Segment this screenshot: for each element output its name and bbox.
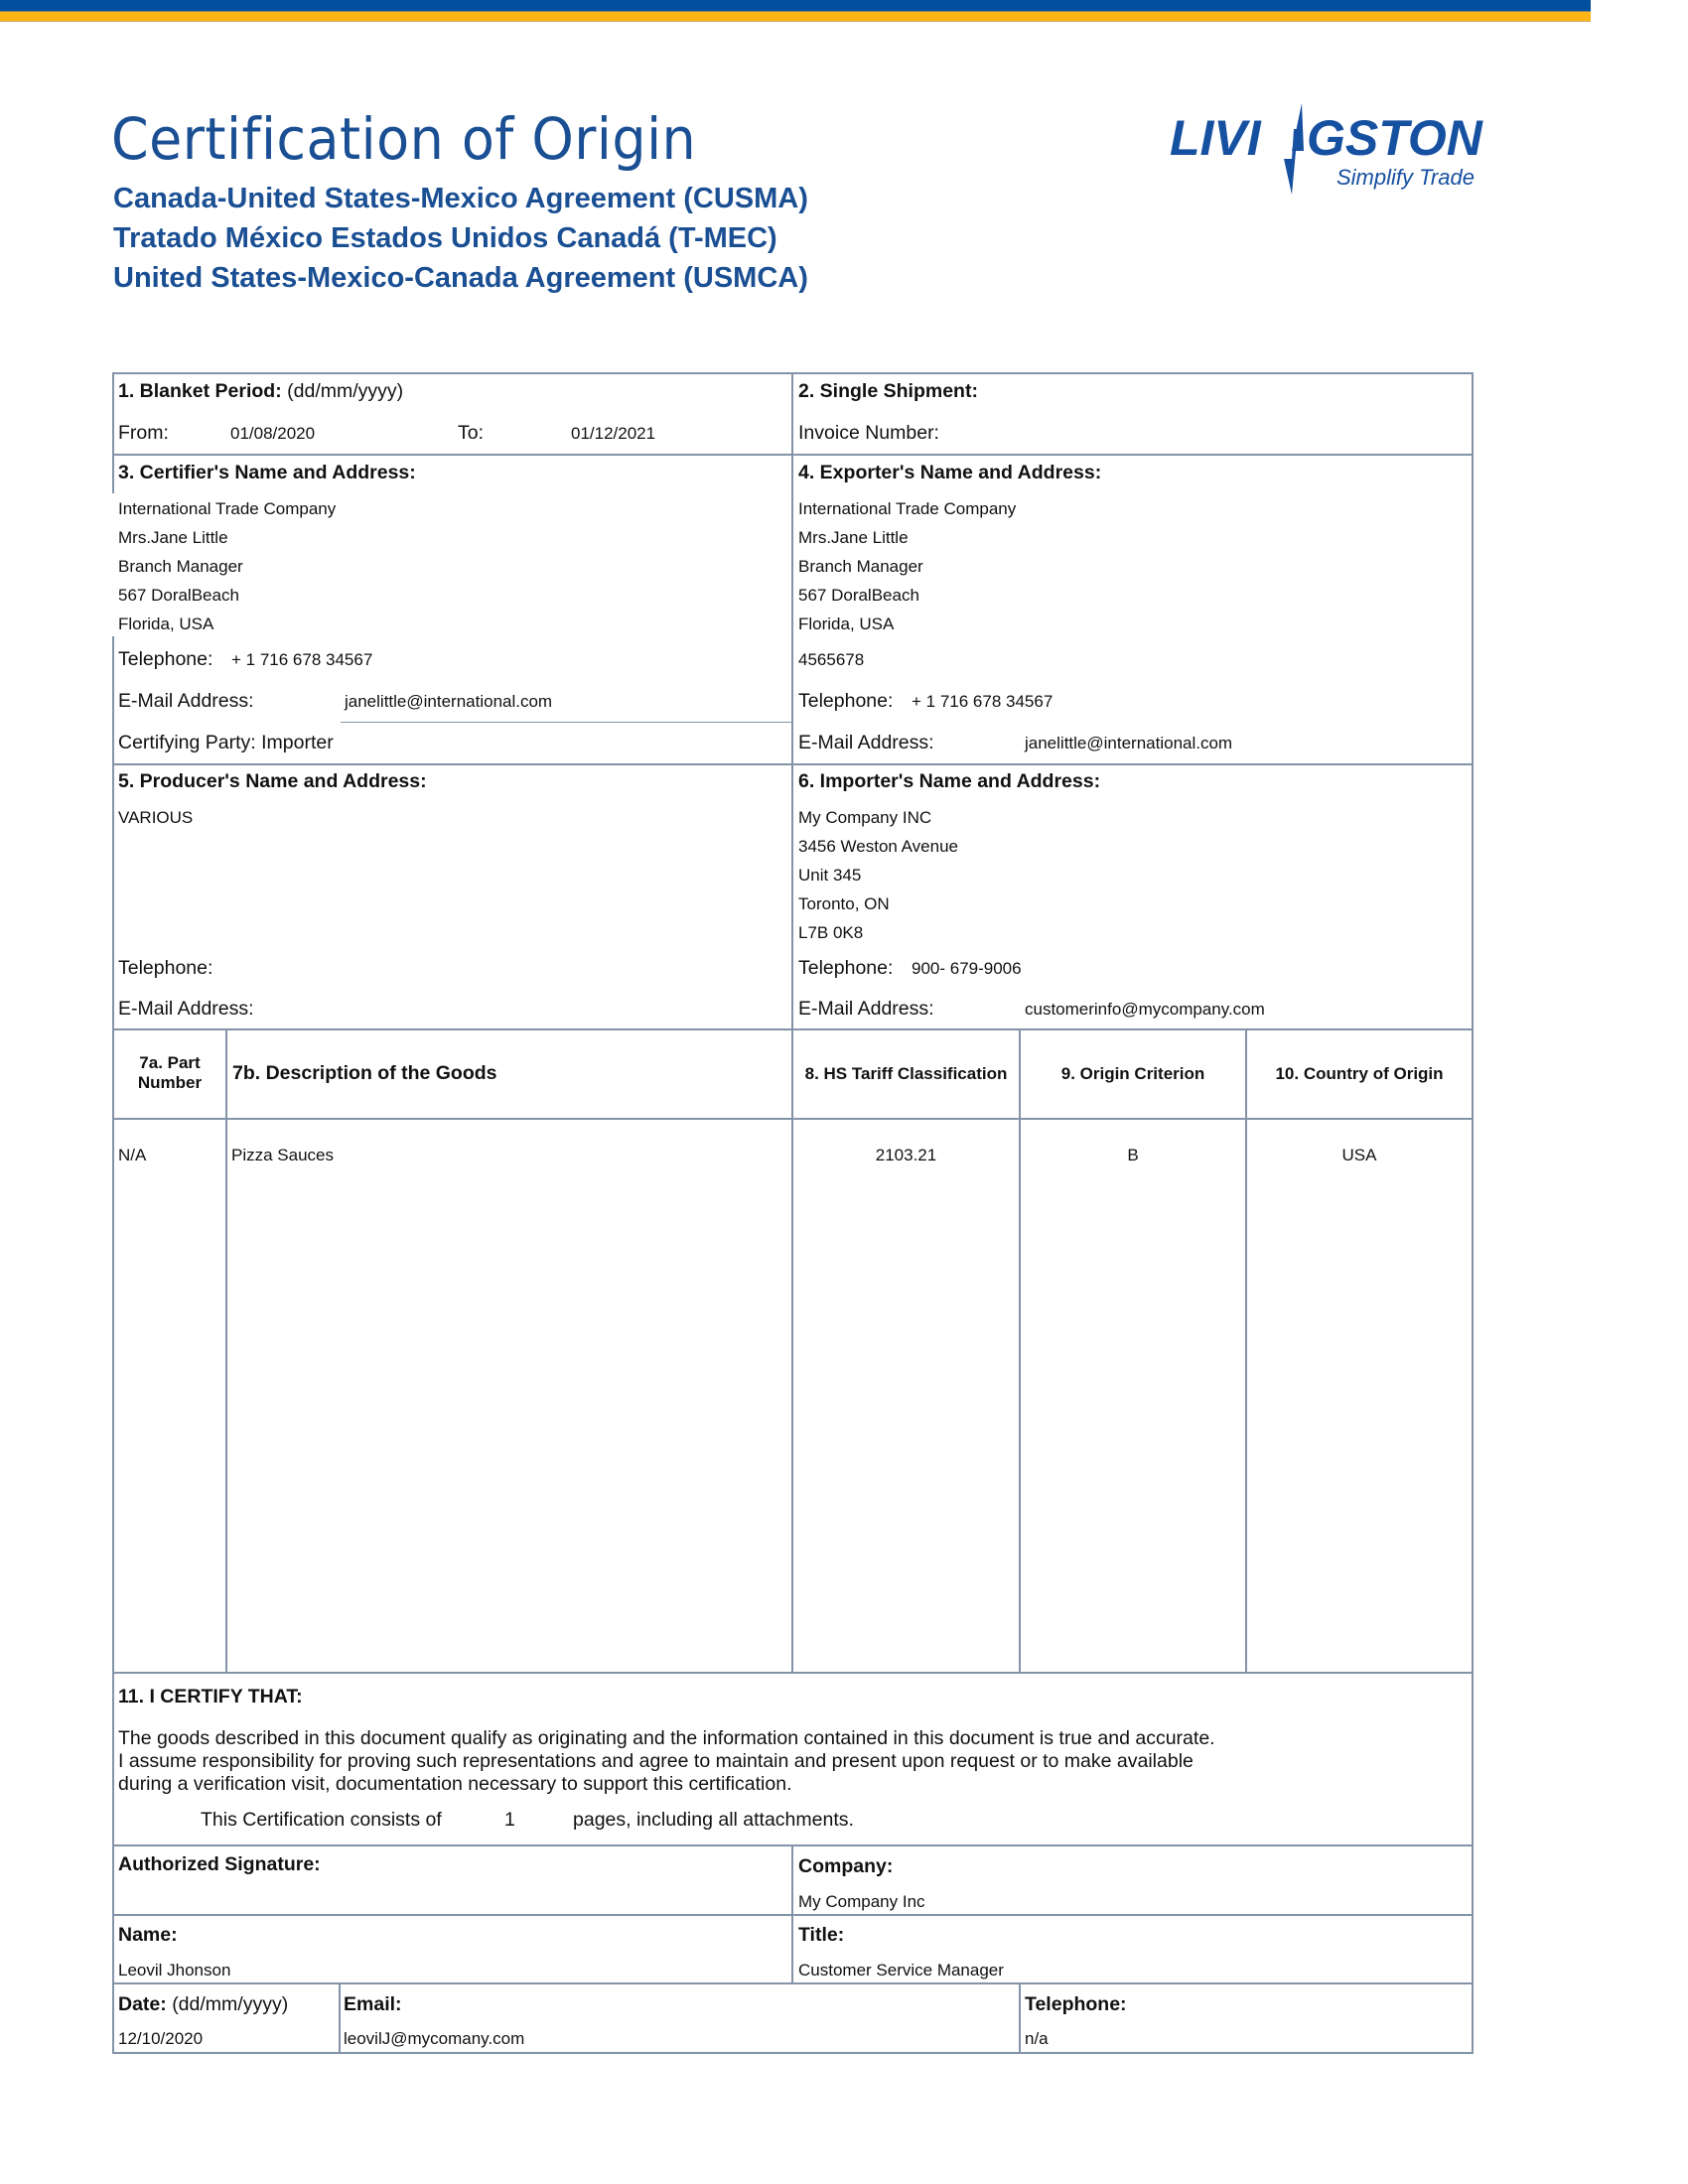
col-header-part-line1: 7a. Part	[114, 1053, 225, 1073]
producer-telephone-label: Telephone:	[118, 957, 212, 980]
column-divider	[225, 1028, 227, 1674]
date-label-title: Date:	[118, 1993, 167, 2015]
col-header-hs-tariff: 8. HS Tariff Classification	[793, 1064, 1019, 1084]
table-border-bottom	[112, 2052, 1474, 2054]
subtitle-cusma: Canada-United States-Mexico Agreement (C…	[113, 183, 808, 215]
date-format: (dd/mm/yyyy)	[172, 1993, 288, 2015]
date-label: Date: (dd/mm/yyyy)	[118, 1993, 288, 2016]
logo-wordmark-left: LIVI	[1170, 109, 1261, 167]
company-field[interactable]: My Company Inc	[798, 1892, 925, 1912]
logo-tagline: Simplify Trade	[1336, 165, 1475, 191]
importer-telephone-field[interactable]: 900- 679-9006	[912, 959, 1022, 979]
brand-bar-blue	[0, 0, 1591, 11]
exporter-line[interactable]: 567 DoralBeach	[798, 586, 919, 606]
exporter-email-label: E-Mail Address:	[798, 732, 934, 754]
importer-line[interactable]: Unit 345	[798, 866, 861, 886]
invoice-number-label: Invoice Number:	[798, 422, 939, 445]
importer-line[interactable]: Toronto, ON	[798, 894, 890, 914]
exporter-line[interactable]: Florida, USA	[798, 614, 894, 634]
name-field[interactable]: Leovil Jhonson	[118, 1961, 230, 1980]
exporter-line[interactable]: Branch Manager	[798, 557, 923, 577]
col-header-part-number: 7a. Part Number	[114, 1053, 225, 1093]
exporter-line[interactable]: International Trade Company	[798, 499, 1016, 519]
importer-label: 6. Importer's Name and Address:	[798, 770, 1100, 793]
certifier-line[interactable]: Mrs.Jane Little	[118, 528, 228, 548]
invoice-number-field[interactable]	[953, 424, 1450, 444]
email-underline	[341, 722, 791, 723]
pages-prefix: This Certification consists of	[201, 1809, 442, 1832]
table-border-left	[112, 372, 114, 493]
exporter-line[interactable]: Mrs.Jane Little	[798, 528, 909, 548]
part-number-cell[interactable]: N/A	[118, 1146, 146, 1165]
col-header-description: 7b. Description of the Goods	[232, 1062, 497, 1085]
description-cell[interactable]: Pizza Sauces	[231, 1146, 334, 1165]
subtitle-tmec: Tratado México Estados Unidos Canadá (T-…	[113, 222, 777, 255]
subtitle-usmca: United States-Mexico-Canada Agreement (U…	[113, 262, 808, 295]
certify-label: 11. I CERTIFY THAT:	[118, 1686, 303, 1708]
exporter-telephone-label: Telephone:	[798, 690, 893, 713]
page-title: Certification of Origin	[111, 105, 696, 173]
certifier-telephone-field[interactable]: + 1 716 678 34567	[231, 650, 372, 670]
col-header-country-of-origin: 10. Country of Origin	[1247, 1064, 1472, 1084]
col-header-part-line2: Number	[114, 1073, 225, 1093]
certifier-line[interactable]: International Trade Company	[118, 499, 336, 519]
blanket-period-label: 1. Blanket Period: (dd/mm/yyyy)	[118, 380, 403, 403]
hs-tariff-cell[interactable]: 2103.21	[793, 1146, 1019, 1165]
arrow-n-icon	[1278, 99, 1310, 199]
single-shipment-label: 2. Single Shipment:	[798, 380, 978, 403]
column-divider	[1245, 1028, 1247, 1674]
title-field[interactable]: Customer Service Manager	[798, 1961, 1004, 1980]
col-header-origin-criterion: 9. Origin Criterion	[1021, 1064, 1245, 1084]
authorized-signature-field[interactable]	[118, 1881, 783, 1911]
certifier-email-label: E-Mail Address:	[118, 690, 254, 713]
producer-line[interactable]: VARIOUS	[118, 808, 193, 828]
column-divider	[1019, 1982, 1021, 2054]
table-border-left	[112, 636, 114, 2054]
certify-statement: The goods described in this document qua…	[118, 1727, 1215, 1796]
certifier-line[interactable]: Branch Manager	[118, 557, 243, 577]
blanket-period-format: (dd/mm/yyyy)	[287, 380, 403, 402]
certifier-telephone-label: Telephone:	[118, 648, 212, 671]
importer-line[interactable]: 3456 Weston Avenue	[798, 837, 958, 857]
column-divider	[791, 1844, 793, 1984]
exporter-label: 4. Exporter's Name and Address:	[798, 462, 1101, 484]
column-divider	[339, 1982, 341, 2054]
company-label: Company:	[798, 1855, 893, 1878]
certify-line: during a verification visit, documentati…	[118, 1773, 1215, 1796]
to-date-field[interactable]: 01/12/2021	[571, 424, 655, 444]
pages-count-field[interactable]: 1	[504, 1809, 515, 1832]
exporter-line[interactable]: 4565678	[798, 650, 864, 670]
logo-wordmark-right: GSTON	[1307, 109, 1482, 167]
telephone-label: Telephone:	[1025, 1993, 1127, 2016]
column-divider	[791, 1028, 793, 1674]
certifier-email-field[interactable]: janelittle@international.com	[345, 692, 552, 712]
livingston-logo: LIVI GSTON Simplify Trade	[1170, 99, 1487, 199]
certify-line: The goods described in this document qua…	[118, 1727, 1215, 1750]
origin-criterion-cell[interactable]: B	[1021, 1146, 1245, 1165]
certify-line: I assume responsibility for proving such…	[118, 1750, 1215, 1773]
importer-email-label: E-Mail Address:	[798, 998, 934, 1021]
title-label: Title:	[798, 1924, 844, 1947]
authorized-signature-label: Authorized Signature:	[118, 1853, 321, 1876]
producer-email-label: E-Mail Address:	[118, 998, 254, 1021]
exporter-email-field[interactable]: janelittle@international.com	[1025, 734, 1232, 753]
email-label: Email:	[344, 1993, 402, 2016]
blanket-period-title: 1. Blanket Period:	[118, 380, 282, 402]
country-of-origin-cell[interactable]: USA	[1247, 1146, 1472, 1165]
table-border-right	[1472, 372, 1474, 2054]
from-label: From:	[118, 422, 169, 445]
email-field[interactable]: leovilJ@mycomany.com	[344, 2029, 524, 2049]
certifier-line[interactable]: 567 DoralBeach	[118, 586, 239, 606]
pages-suffix: pages, including all attachments.	[573, 1809, 854, 1832]
certifier-label: 3. Certifier's Name and Address:	[118, 462, 416, 484]
telephone-field[interactable]: n/a	[1025, 2029, 1049, 2049]
column-divider	[791, 372, 793, 1120]
name-label: Name:	[118, 1924, 178, 1947]
producer-label: 5. Producer's Name and Address:	[118, 770, 427, 793]
exporter-telephone-field[interactable]: + 1 716 678 34567	[912, 692, 1053, 712]
column-divider	[1019, 1028, 1021, 1674]
date-field[interactable]: 12/10/2020	[118, 2029, 203, 2049]
from-date-field[interactable]: 01/08/2020	[230, 424, 315, 444]
certifying-party[interactable]: Certifying Party: Importer	[118, 732, 334, 754]
to-label: To:	[458, 422, 484, 445]
certifier-line[interactable]: Florida, USA	[118, 614, 213, 634]
brand-bar-gold	[0, 11, 1591, 22]
importer-line[interactable]: My Company INC	[798, 808, 931, 828]
importer-line[interactable]: L7B 0K8	[798, 923, 863, 943]
importer-email-field[interactable]: customerinfo@mycompany.com	[1025, 1000, 1265, 1020]
importer-telephone-label: Telephone:	[798, 957, 893, 980]
